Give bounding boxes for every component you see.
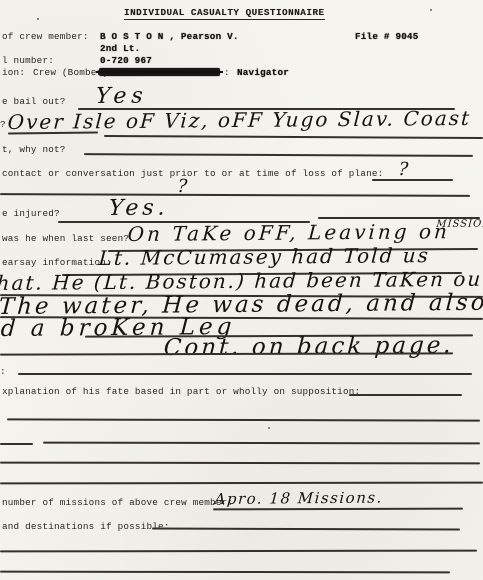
ruled-line xyxy=(84,153,473,156)
speck xyxy=(37,18,39,20)
ruled-line xyxy=(104,135,483,139)
label-fragment: : xyxy=(0,366,6,377)
q-bail-out-label: e bail out? xyxy=(2,96,66,107)
a-missions: Apro. 18 Missions. xyxy=(214,489,383,508)
ruled-line xyxy=(18,373,472,375)
casualty-questionnaire-document: INDIVIDUAL CASUALTY QUESTIONNAIRE of cre… xyxy=(0,0,483,580)
q-contact-label: contact or conversation just prior to or… xyxy=(2,168,383,179)
ruled-line xyxy=(0,482,483,484)
position-label: ion: xyxy=(2,67,25,78)
a-last-seen-superscript: MISSION xyxy=(436,219,483,230)
ruled-line xyxy=(0,462,480,464)
ruled-line xyxy=(8,132,98,135)
file-number: File # 9045 xyxy=(355,31,419,42)
speck xyxy=(268,427,270,429)
q-missions-label: number of missions of above crew member: xyxy=(2,497,233,508)
a-contact: ? xyxy=(398,159,409,180)
form-title: INDIVIDUAL CASUALTY QUESTIONNAIRE xyxy=(124,7,325,20)
q-hearsay-label: earsay information: xyxy=(2,257,112,268)
q-injured-label: e injured? xyxy=(2,208,60,219)
a-last-seen: On TaKe oFF, Leaving on xyxy=(127,219,451,246)
q-destinations-label: and destinations if possible: xyxy=(2,521,170,532)
crew-member-label: of crew member: xyxy=(2,31,89,42)
ruled-line xyxy=(43,442,480,444)
speck xyxy=(430,9,432,11)
position-separator: : xyxy=(224,67,230,78)
ruled-line xyxy=(0,193,470,196)
q-last-seen-label: was he when last seen? xyxy=(2,233,129,244)
a-hearsay-line1: Lt. McCumasey had Told us xyxy=(98,243,431,270)
crew-member-name: B O S T O N , Pearson V. xyxy=(100,31,239,42)
ruled-line xyxy=(372,179,453,181)
ruled-line xyxy=(7,418,480,421)
ruled-line xyxy=(152,527,460,530)
q-supposition-label: xplanation of his fate based in part or … xyxy=(2,386,360,397)
ruled-line xyxy=(213,508,463,510)
ruled-line xyxy=(0,550,477,552)
a-where: Over Isle oF Viz, oFF Yugo Slav. Coast xyxy=(7,106,472,134)
a-bail-out: Yes xyxy=(95,84,148,109)
q-why-not-label: t, why not? xyxy=(2,144,66,155)
serial-number-label: l number: xyxy=(2,55,54,66)
crew-member-rank: 2nd Lt. xyxy=(100,43,140,54)
position-crew-type: Crew (Bomber) xyxy=(33,67,108,78)
ruled-line xyxy=(349,394,462,396)
ruled-line xyxy=(0,571,450,573)
serial-number-value: 0-720 967 xyxy=(100,55,152,66)
redaction-bar xyxy=(99,68,220,76)
ruled-line xyxy=(0,443,33,445)
a-hearsay-cont-note: Cont. on back page. xyxy=(163,332,455,361)
a-injured: Yes. xyxy=(108,195,169,221)
q-where-label-fragment: ? xyxy=(0,119,6,130)
position-value: Navigator xyxy=(237,67,289,78)
